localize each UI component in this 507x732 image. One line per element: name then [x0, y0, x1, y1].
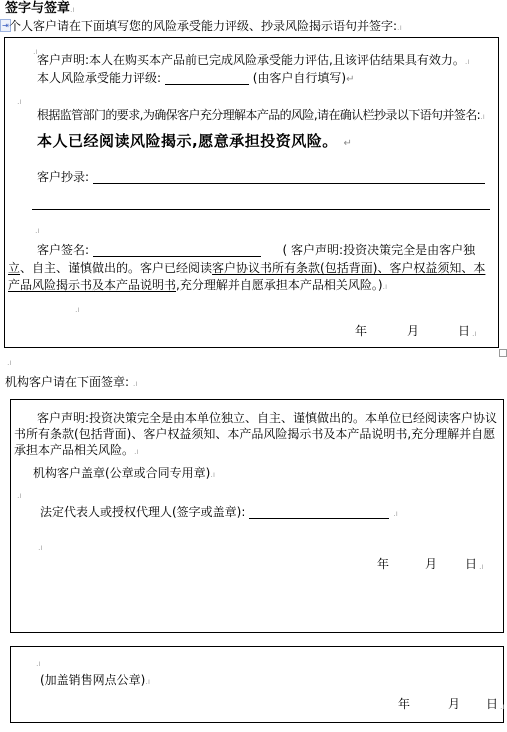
signature-paragraph: 客户签名: ( 客户声明:投资决策完全是由客户独立、自主、谨慎做出的。客户已经阅… [8, 242, 492, 296]
hidden-char-mark: .ı [210, 470, 215, 479]
hidden-char-mark: .ı [17, 95, 22, 109]
individual-intro-text: 个人客户请在下面填写您的风险承受能力评级、抄录风险揭示语句并签字: [9, 19, 397, 33]
rating-line: 本人风险承受能力评级: (由客户自行填写)↵ [37, 71, 354, 87]
individual-declaration: 客户声明:本人在购买本产品前已完成风险承受能力评估,且该评估结果具有效力。.ı [37, 53, 470, 69]
signature-blank[interactable] [93, 243, 261, 257]
hidden-char-mark: .ı [70, 5, 75, 14]
seal-line: 机构客户盖章(公章或合同专用章).ı [33, 466, 215, 482]
individual-declaration-text: 客户声明:本人在购买本产品前已完成风险承受能力评估,且该评估结果具有效力。 [37, 53, 465, 67]
signature-label: 客户签名: [37, 243, 89, 257]
hidden-char-mark: .ı [134, 447, 139, 456]
hidden-char-mark: .ı [393, 509, 398, 518]
institutional-signature-box: 客户声明:投资决策完全是由本单位独立、自主、谨慎做出的。本单位已经阅读客户协议书… [10, 399, 504, 633]
copy-blank[interactable] [93, 170, 485, 184]
copy-blank-line2[interactable] [32, 196, 490, 210]
copy-line-2 [32, 196, 490, 210]
hidden-char-mark: .ı [17, 489, 22, 503]
hidden-char-mark: .ı [133, 379, 138, 388]
institutional-intro-text: 机构客户请在下面签章: [5, 375, 129, 389]
hidden-char-mark: .ı [36, 657, 41, 671]
hidden-char-mark: .ı [7, 356, 12, 370]
hidden-char-mark: .ı [479, 560, 484, 574]
hidden-char-mark: .ı [35, 224, 40, 238]
signature-note-text: 、自主、谨慎做出的。客户已经阅读 [20, 261, 212, 275]
hidden-char-mark: .ı [480, 112, 485, 121]
rating-hint: (由客户自行填写) [253, 71, 346, 85]
signature-note-text: ,充分理解并自愿承担本产品相关风险。) [176, 278, 383, 292]
table-resize-handle[interactable] [499, 349, 507, 357]
signature-note-underlined: 立 [8, 261, 20, 275]
date-day-label: 日 [465, 557, 477, 571]
institutional-declaration-text: 客户声明:投资决策完全是由本单位独立、自主、谨慎做出的。本单位已经阅读客户协议书… [14, 411, 497, 457]
hidden-char-mark: .ı [145, 677, 150, 686]
risk-statement-text: 本人已经阅读风险揭示,愿意承担投资风险。 [37, 132, 338, 150]
date-day-label: 日 [458, 324, 470, 338]
branch-seal-box: .ı (加盖销售网点公章).ı 年 月 日 .ı [10, 646, 504, 723]
hidden-char-mark: .ı [397, 23, 402, 32]
seal-label: 机构客户盖章(公章或合同专用章) [33, 466, 210, 480]
date-month-label: 月 [425, 557, 437, 571]
legal-rep-blank[interactable] [249, 505, 389, 519]
date-year-label: 年 [355, 324, 367, 338]
copy-line: 客户抄录: [37, 170, 485, 184]
page-title: 签字与签章.ı [5, 2, 75, 17]
institutional-declaration: 客户声明:投资决策完全是由本单位独立、自主、谨慎做出的。本单位已经阅读客户协议书… [14, 410, 498, 460]
date-year-label: 年 [398, 697, 410, 711]
hidden-char-mark: .ı [383, 282, 388, 291]
hidden-char-mark: .ı [75, 303, 80, 317]
individual-intro: 个人客户请在下面填写您的风险承受能力评级、抄录风险揭示语句并签字:.ı [9, 19, 402, 35]
copy-label: 客户抄录: [37, 170, 89, 184]
rating-blank[interactable] [165, 71, 249, 85]
instruction-line: 根据监管部门的要求,为确保客户充分理解本产品的风险,请在确认栏抄录以下语句并签名… [37, 108, 485, 124]
date-day-label: 日 [486, 697, 498, 711]
date-month-label: 月 [448, 697, 460, 711]
instruction-text: 根据监管部门的要求,为确保客户充分理解本产品的风险,请在确认栏抄录以下语句并签名… [37, 108, 480, 122]
hidden-char-mark: .ı [472, 327, 477, 341]
branch-seal-line: (加盖销售网点公章).ı [40, 673, 150, 689]
date-month-label: 月 [407, 324, 419, 338]
page-title-text: 签字与签章 [5, 1, 70, 16]
legal-rep-label: 法定代表人或授权代理人(签字或盖章): [40, 505, 245, 519]
signature-note-text: ( 客户声明:投资决策完全是由客户独 [283, 243, 476, 257]
institutional-intro: 机构客户请在下面签章: .ı [5, 375, 138, 391]
legal-rep-line: 法定代表人或授权代理人(签字或盖章): .ı [40, 505, 398, 521]
line-break-mark: ↵ [343, 138, 352, 149]
line-break-mark: ↵ [346, 74, 354, 85]
signature-page: 签字与签章.ı ⇥ 个人客户请在下面填写您的风险承受能力评级、抄录风险揭示语句并… [0, 0, 507, 732]
hidden-char-mark: .ı [38, 541, 43, 555]
hidden-char-mark: .ı [465, 57, 470, 66]
branch-seal-note: (加盖销售网点公章) [40, 673, 145, 687]
hidden-char-mark: .ı [500, 700, 505, 714]
individual-signature-box: .ı 客户声明:本人在购买本产品前已完成风险承受能力评估,且该评估结果具有效力。… [4, 37, 499, 348]
risk-statement: 本人已经阅读风险揭示,愿意承担投资风险。 ↵ [37, 134, 352, 151]
date-year-label: 年 [377, 557, 389, 571]
rating-label: 本人风险承受能力评级: [37, 71, 161, 85]
